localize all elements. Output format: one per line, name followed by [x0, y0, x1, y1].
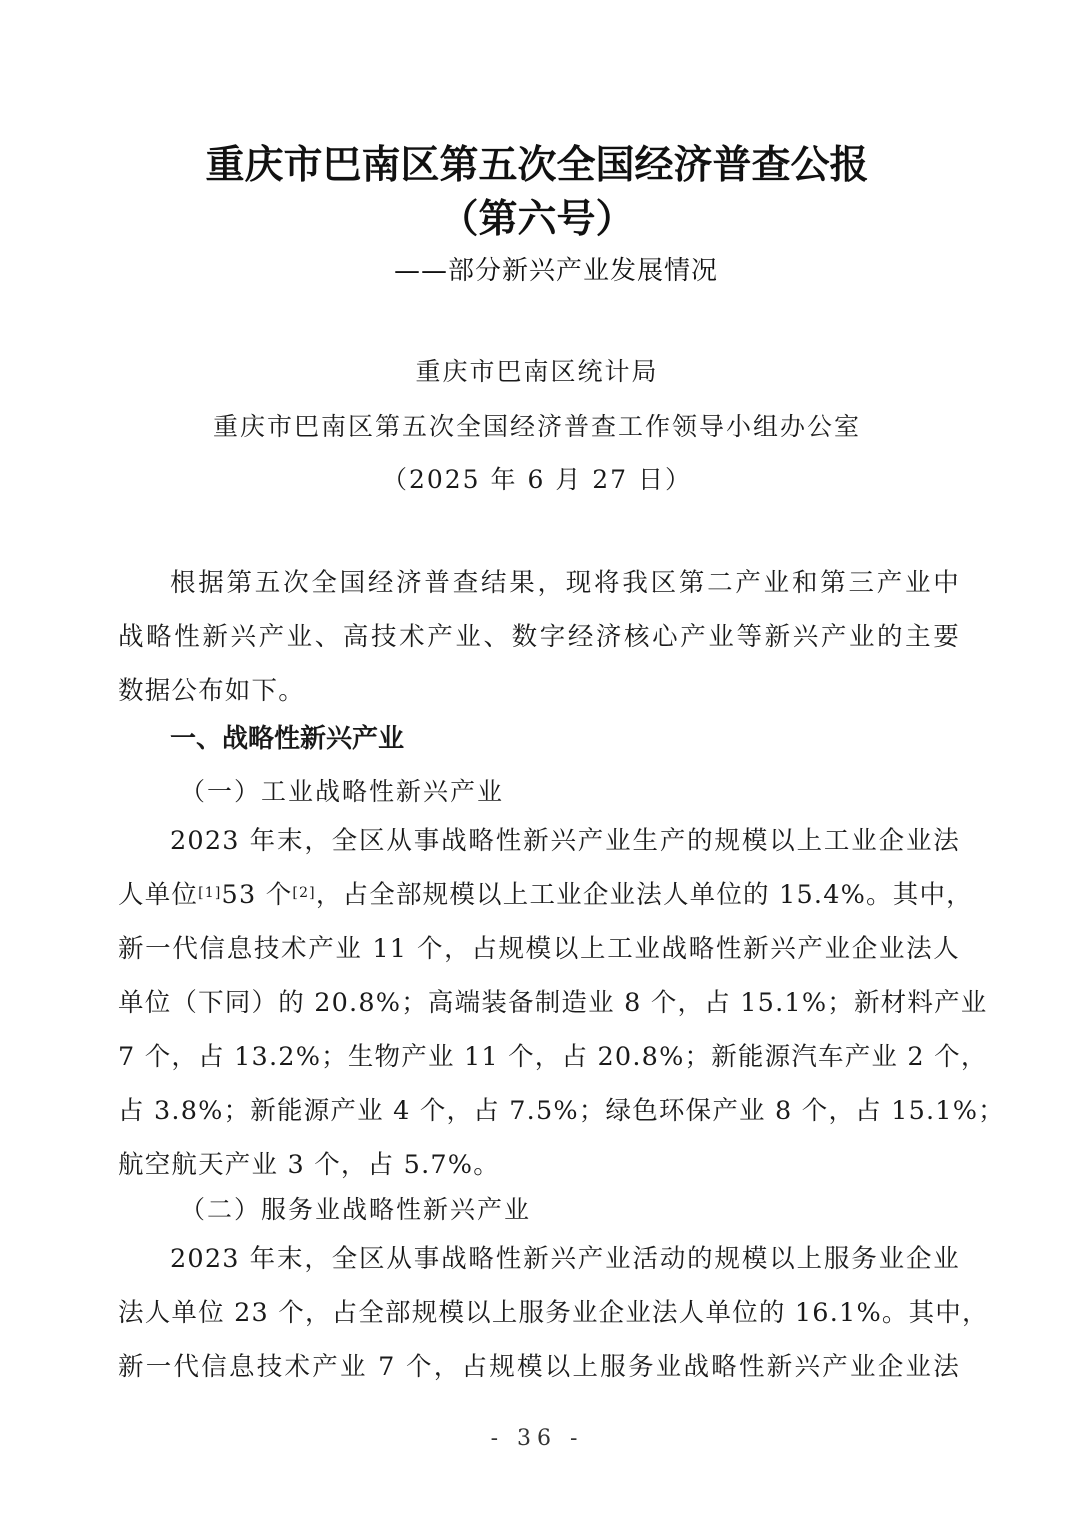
paragraph-line: 新一代信息技术产业 7 个，占规模以上服务业战略性新兴产业企业法: [118, 1340, 960, 1394]
paragraph-line: 2023 年末，全区从事战略性新兴产业生产的规模以上工业企业法: [118, 814, 960, 868]
paragraph-line: 2023 年末，全区从事战略性新兴产业活动的规模以上服务业企业: [118, 1232, 960, 1286]
document-page: 重庆市巴南区第五次全国经济普查公报 （第六号） ——部分新兴产业发展情况 重庆市…: [0, 0, 1074, 1520]
issuer-statistics-bureau: 重庆市巴南区统计局: [0, 352, 1074, 388]
text-span: ，占全部规模以上工业企业法人单位的 15.4%。其中，: [316, 880, 973, 910]
intro-paragraph: 根据第五次全国经济普查结果，现将我区第二产业和第三产业中 战略性新兴产业、高技术…: [118, 556, 960, 718]
services-paragraph: 2023 年末，全区从事战略性新兴产业活动的规模以上服务业企业 法人单位 23 …: [118, 1232, 960, 1394]
industrial-paragraph: 2023 年末，全区从事战略性新兴产业生产的规模以上工业企业法 人单位[1]53…: [118, 814, 960, 1192]
intro-line: 根据第五次全国经济普查结果，现将我区第二产业和第三产业中: [118, 556, 960, 610]
paragraph-line: 法人单位 23 个，占全部规模以上服务业企业法人单位的 16.1%。其中，: [118, 1286, 960, 1340]
bulletin-number: （第六号）: [0, 188, 1074, 244]
issuer-census-office: 重庆市巴南区第五次全国经济普查工作领导小组办公室: [0, 407, 1074, 443]
paragraph-line: 航空航天产业 3 个，占 5.7%。: [118, 1138, 960, 1192]
section-heading-strategic-emerging: 一、战略性新兴产业: [170, 718, 404, 755]
paragraph-line: 占 3.8%；新能源产业 4 个，占 7.5%；绿色环保产业 8 个，占 15.…: [118, 1084, 960, 1138]
intro-line: 战略性新兴产业、高技术产业、数字经济核心产业等新兴产业的主要: [118, 610, 960, 664]
paragraph-line: 单位（下同）的 20.8%；高端装备制造业 8 个，占 15.1%；新材料产业: [118, 976, 960, 1030]
footnote-ref-2[interactable]: [2]: [292, 885, 315, 901]
document-subtitle: ——部分新兴产业发展情况: [0, 250, 1074, 287]
subsection-heading-services: （二）服务业战略性新兴产业: [180, 1190, 531, 1226]
document-title: 重庆市巴南区第五次全国经济普查公报: [0, 134, 1074, 190]
text-span: 人单位: [118, 880, 198, 910]
paragraph-line: 7 个，占 13.2%；生物产业 11 个，占 20.8%；新能源汽车产业 2 …: [118, 1030, 960, 1084]
paragraph-line-with-footnotes: 人单位[1]53 个[2]，占全部规模以上工业企业法人单位的 15.4%。其中，: [118, 868, 960, 922]
publication-date: （2025 年 6 月 27 日）: [0, 460, 1074, 496]
footnote-ref-1[interactable]: [1]: [198, 885, 221, 901]
paragraph-line: 新一代信息技术产业 11 个，占规模以上工业战略性新兴产业企业法人: [118, 922, 960, 976]
text-span: 53 个: [222, 880, 293, 910]
intro-line: 数据公布如下。: [118, 664, 960, 718]
subsection-heading-industrial: （一）工业战略性新兴产业: [180, 772, 504, 808]
page-number: - 36 -: [0, 1426, 1074, 1451]
